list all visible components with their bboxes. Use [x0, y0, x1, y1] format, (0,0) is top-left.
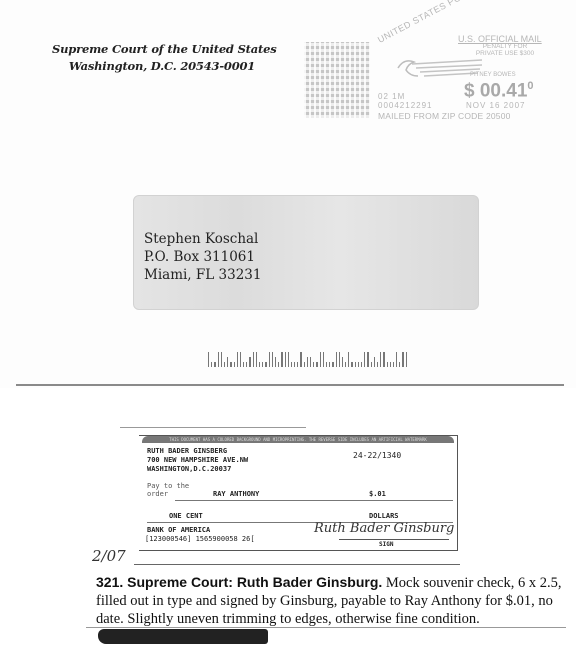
barcode-bar — [214, 362, 215, 367]
amount-words: ONE CENT — [169, 512, 203, 520]
barcode-bar — [246, 362, 247, 367]
barcode-bar — [221, 352, 222, 367]
envelope-edge — [16, 384, 564, 386]
barcode-bar — [272, 352, 273, 367]
barcode-bar — [390, 362, 391, 367]
barcode-bar — [374, 357, 375, 367]
bank-name: BANK OF AMERICA — [147, 526, 210, 535]
owner-line: WASHINGTON,D.C.20037 — [147, 465, 248, 474]
barcode-bar — [230, 362, 231, 367]
barcode-bar — [316, 362, 317, 367]
check-amount: $.01 — [369, 490, 386, 498]
meter-brand: PITNEY BOWES — [470, 72, 516, 78]
barcode-bar — [218, 352, 219, 367]
dollars-label: DOLLARS — [369, 512, 399, 520]
signature: Ruth Bader Ginsburg — [314, 521, 454, 536]
barcode-bar — [243, 362, 244, 367]
owner-line: RUTH BADER GINSBERG — [147, 447, 248, 456]
barcode-bar — [227, 357, 228, 367]
check-security-banner: THIS DOCUMENT HAS A COLORED BACKGROUND A… — [142, 436, 454, 443]
pay-to-label: Pay to the order — [147, 482, 189, 498]
divider — [86, 627, 566, 628]
barcode-bar — [297, 362, 298, 367]
return-address-line: Washington, D.C. 20543-0001 — [52, 58, 272, 75]
recipient-line: Stephen Koschal — [144, 230, 261, 248]
barcode-bar — [355, 362, 356, 367]
barcode-bar — [234, 362, 235, 367]
barcode-bar — [406, 352, 407, 367]
barcode-bar — [307, 357, 308, 367]
handwritten-date: 2/07 — [92, 547, 126, 565]
barcode-bar — [249, 357, 250, 367]
barcode-bar — [402, 352, 403, 367]
barcode-bar — [351, 362, 352, 367]
barcode-bar — [399, 362, 400, 367]
barcode-bar — [224, 362, 225, 367]
barcode-bar — [326, 362, 327, 367]
postage-amount-value: $ 00.41 — [464, 80, 527, 101]
mailed-from-zip: MAILED FROM ZIP CODE 20500 — [378, 111, 511, 121]
barcode-bar — [332, 362, 333, 367]
barcode-bar — [294, 362, 295, 367]
barcode-bar — [275, 357, 276, 367]
micr-line: [123000546] 1565900058 26[ — [145, 535, 255, 543]
barcode-bar — [269, 352, 270, 367]
check-payee: RAY ANTHONY — [213, 490, 259, 498]
barcode-bar — [383, 352, 384, 367]
pay-to-line: order — [147, 490, 189, 498]
barcode-bar — [288, 352, 289, 367]
recipient-line: P.O. Box 311061 — [144, 248, 261, 266]
check-owner: RUTH BADER GINSBERG 700 NEW HAMPSHIRE AV… — [147, 447, 248, 474]
postage-2d-barcode — [304, 42, 370, 118]
barcode-bar — [240, 352, 241, 367]
barcode-bar — [291, 362, 292, 367]
sign-label: SIGN — [379, 541, 393, 548]
routing-fraction: 24-22/1340 — [353, 451, 401, 460]
barcode-bar — [367, 352, 368, 367]
check: THIS DOCUMENT HAS A COLORED BACKGROUND A… — [139, 435, 458, 551]
barcode-bar — [208, 352, 209, 367]
barcode-bar — [342, 357, 343, 367]
recipient-address: Stephen Koschal P.O. Box 311061 Miami, F… — [144, 230, 261, 284]
barcode-bar — [393, 362, 394, 367]
barcode-bar — [313, 362, 314, 367]
envelope: Supreme Court of the United States Washi… — [0, 0, 576, 388]
barcode-bar — [358, 362, 359, 367]
postage-meter-stamp: UNITED STATES POSTAGE U.S. OFFICIAL MAIL… — [378, 34, 548, 124]
divider — [134, 564, 460, 565]
barcode-bar — [262, 362, 263, 367]
barcode-bar — [364, 352, 365, 367]
redaction-mark — [98, 629, 268, 644]
barcode-bar — [310, 357, 311, 367]
barcode-bar — [387, 362, 388, 367]
barcode-bar — [323, 352, 324, 367]
postal-barcode — [208, 351, 452, 367]
barcode-bar — [278, 362, 279, 367]
recipient-line: Miami, FL 33231 — [144, 266, 261, 284]
penalty-line: PENALTY FOR — [470, 43, 540, 50]
barcode-bar — [380, 352, 381, 367]
barcode-bar — [329, 362, 330, 367]
payee-line — [175, 500, 453, 501]
lot-title: 321. Supreme Court: Ruth Bader Ginsburg. — [96, 574, 382, 590]
signature-line — [339, 539, 449, 540]
barcode-bar — [361, 362, 362, 367]
barcode-bar — [345, 362, 346, 367]
barcode-bar — [265, 362, 266, 367]
barcode-bar — [281, 352, 282, 367]
lot-description: 321. Supreme Court: Ruth Bader Ginsburg.… — [96, 573, 566, 646]
barcode-bar — [259, 362, 260, 367]
postage-date: NOV 16 2007 — [466, 101, 525, 110]
pay-to-line: Pay to the — [147, 482, 189, 490]
barcode-bar — [211, 362, 212, 367]
postage-amount-suffix: 0 — [527, 80, 533, 92]
return-address-line: Supreme Court of the United States — [52, 41, 272, 58]
owner-line: 700 NEW HAMPSHIRE AVE.NW — [147, 456, 248, 465]
barcode-bar — [256, 352, 257, 367]
barcode-bar — [348, 352, 349, 367]
check-top-edge — [120, 427, 306, 428]
barcode-bar — [300, 352, 301, 367]
meter-code-1: 02 1M — [378, 92, 405, 101]
return-address: Supreme Court of the United States Washi… — [52, 41, 272, 75]
barcode-bar — [336, 352, 337, 367]
address-window: Stephen Koschal P.O. Box 311061 Miami, F… — [133, 195, 479, 310]
barcode-bar — [377, 362, 378, 367]
barcode-bar — [304, 362, 305, 367]
barcode-bar — [371, 362, 372, 367]
barcode-bar — [339, 352, 340, 367]
postage-amount: $ 00.410 — [464, 80, 534, 102]
meter-code-2: 0004212291 — [378, 101, 433, 110]
barcode-bar — [320, 352, 321, 367]
barcode-bar — [396, 352, 397, 367]
barcode-bar — [253, 352, 254, 367]
barcode-bar — [285, 352, 286, 367]
barcode-bar — [237, 352, 238, 367]
